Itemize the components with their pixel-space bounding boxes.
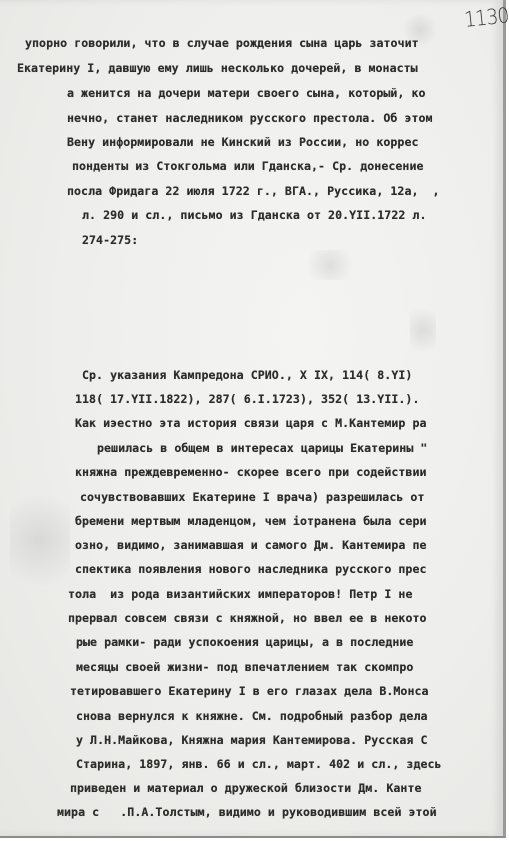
text-line: княжна преждевременно- скорее всего при … <box>75 465 427 479</box>
scan-artifact <box>10 480 70 600</box>
text-line: Ср. указания Кампредона СРИО., Х IX, 114… <box>82 368 412 382</box>
text-line: Екатерину I, давшую ему лишь несколько д… <box>17 61 418 75</box>
text-line: бремени мертвым младенцом, чем іотранена… <box>75 514 427 528</box>
text-line: 274-275: <box>82 233 138 247</box>
text-line: л. 290 и сл., письмо из Гданска от 20.YI… <box>82 208 426 222</box>
text-line: Старина, 1897, янв. 66 и сл., март. 402 … <box>76 757 442 771</box>
text-line: Как иэестно эта история связи царя с М.К… <box>75 416 427 430</box>
text-line: посла Фридага 22 июля 1722 г., ВГА., Рус… <box>67 184 440 198</box>
text-line: рые рамки- ради успокоения царицы, а в п… <box>76 635 413 649</box>
text-line: упорно говорили, что в случае рождения с… <box>25 36 419 50</box>
text-line: 118( 17.YII.1822), 287( 6.I.1723), 352( … <box>75 392 419 406</box>
text-line: у Л.Н.Майкова, Княжна мария Кантемирова.… <box>76 733 428 747</box>
scan-artifact <box>410 300 436 360</box>
text-line: приведен и материал о дружеской близости… <box>70 781 422 795</box>
text-line: озно, видимо, занимавшая и самого Дм. Ка… <box>75 538 427 552</box>
text-line: сочувствовавших Екатерине I врача) разре… <box>80 490 424 504</box>
text-line: а женится на дочери матери своего сына, … <box>67 86 426 100</box>
text-line: решилась в общем в интересах царицы Екат… <box>97 441 427 455</box>
text-line: снова вернулся к княжне. См. подробный р… <box>76 709 428 723</box>
text-line: прервал совсем связи с княжной, но ввел … <box>68 611 427 625</box>
text-line: Вену информировали не Кинский из России,… <box>67 135 419 149</box>
scan-artifact <box>300 250 360 280</box>
handwritten-page-number: 1130 <box>463 3 509 32</box>
text-line: тетировавшего Екатерину I в его глазах д… <box>70 684 429 698</box>
text-line: нечно, станет наследником русского прест… <box>67 111 433 125</box>
text-line: месяцы своей жизни- под впечатлением так… <box>76 660 413 674</box>
text-line: спектика появления нового наследника рус… <box>75 562 427 576</box>
scanned-document-page: 1130 упорно говорили, что в случае рожде… <box>0 0 506 838</box>
text-line: мира с .П.А.Толстым, видимо и руководивш… <box>57 805 437 819</box>
text-line: тола из рода византийских императоров! П… <box>68 587 412 601</box>
text-line: понденты из Стокгольма или Гданска,- Ср.… <box>72 159 424 173</box>
